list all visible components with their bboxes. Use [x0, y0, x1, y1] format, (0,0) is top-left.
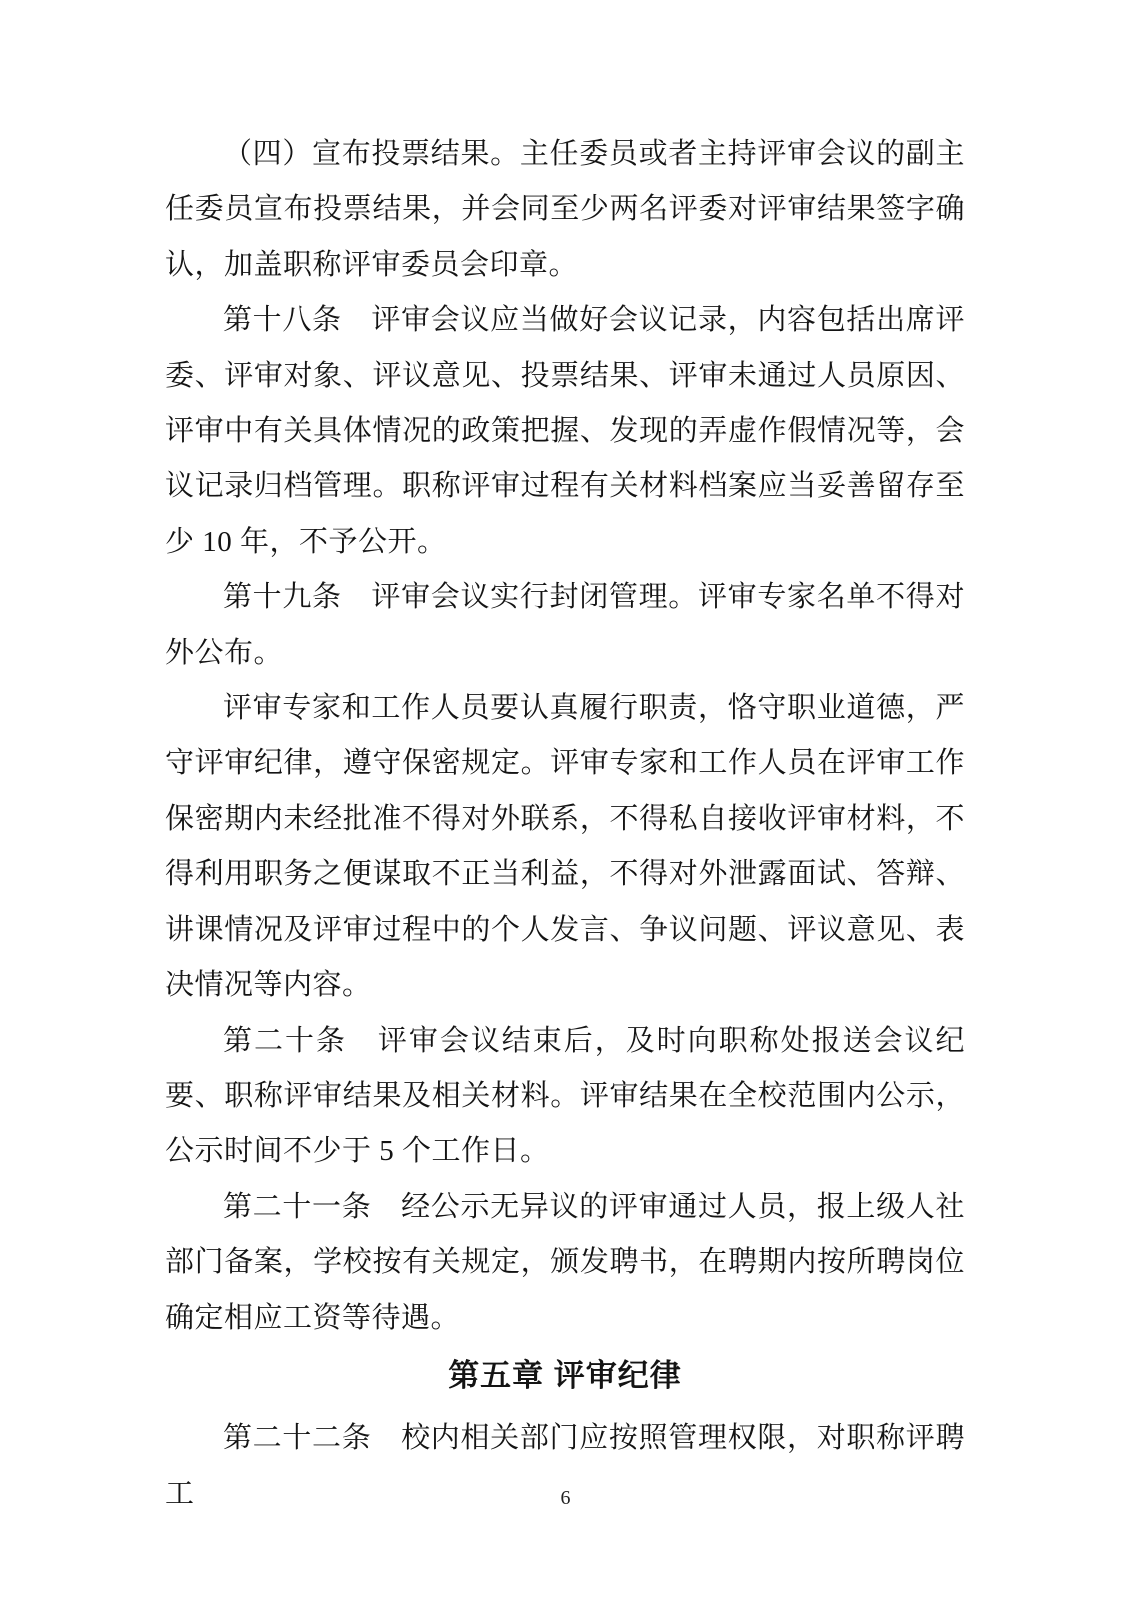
paragraph-article-18: 第十八条 评审会议应当做好会议记录，内容包括出席评委、评审对象、评议意见、投票结…	[165, 293, 965, 570]
paragraph-article-20: 第二十条 评审会议结束后，及时向职称处报送会议纪要、职称评审结果及相关材料。评审…	[165, 1014, 965, 1180]
paragraph-article-19: 第十九条 评审会议实行封闭管理。评审专家名单不得对外公布。	[165, 570, 965, 681]
chapter-heading: 第五章 评审纪律	[165, 1348, 965, 1403]
paragraph-item-4-announce-results: （四）宣布投票结果。主任委员或者主持评审会议的副主任委员宣布投票结果，并会同至少…	[165, 127, 965, 293]
document-page: （四）宣布投票结果。主任委员或者主持评审会议的副主任委员宣布投票结果，并会同至少…	[0, 0, 1131, 1600]
paragraph-article-21: 第二十一条 经公示无异议的评审通过人员，报上级人社部门备案，学校按有关规定，颁发…	[165, 1180, 965, 1346]
paragraph-experts-confidentiality: 评审专家和工作人员要认真履行职责，恪守职业道德，严守评审纪律，遵守保密规定。评审…	[165, 681, 965, 1013]
page-number: 6	[0, 1486, 1131, 1510]
